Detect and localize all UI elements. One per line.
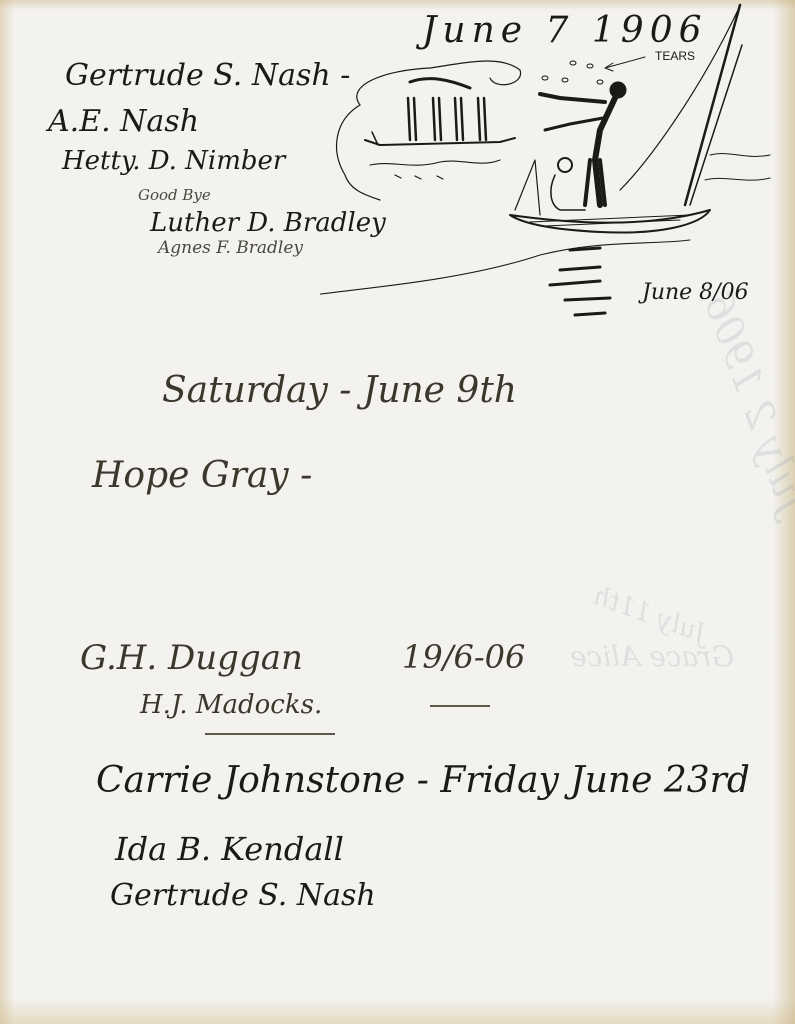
signature-underline — [205, 733, 335, 735]
signature: Hetty. D. Nimber — [62, 146, 285, 176]
signature: Agnes F. Bradley — [158, 238, 303, 258]
album-page: July 2 1906 July 11th Grace Alice — [0, 0, 795, 1024]
signature: G.H. Duggan — [80, 638, 303, 678]
sketch-date-header: June 7 1906 — [422, 10, 708, 51]
entry-date: 19/6-06 — [402, 638, 525, 676]
signature: Gertrude S. Nash — [110, 878, 376, 913]
dash-line — [430, 705, 490, 707]
entry-date: Saturday - June 9th — [162, 370, 517, 411]
signature: Gertrude S. Nash - — [65, 58, 350, 93]
signature-with-date: Carrie Johnstone - Friday June 23rd — [96, 760, 750, 801]
signature: Ida B. Kendall — [115, 830, 344, 868]
sketch-closing-date: June 8/06 — [642, 280, 749, 305]
signature: Hope Gray - — [92, 455, 312, 496]
signature: H.J. Madocks. — [140, 690, 322, 720]
signature: A.E. Nash — [48, 104, 199, 139]
show-through-text: Grace Alice — [570, 640, 734, 673]
farewell-note: Good Bye — [138, 186, 211, 204]
tears-label: TEARS — [655, 49, 695, 63]
signature: Luther D. Bradley — [150, 208, 386, 238]
